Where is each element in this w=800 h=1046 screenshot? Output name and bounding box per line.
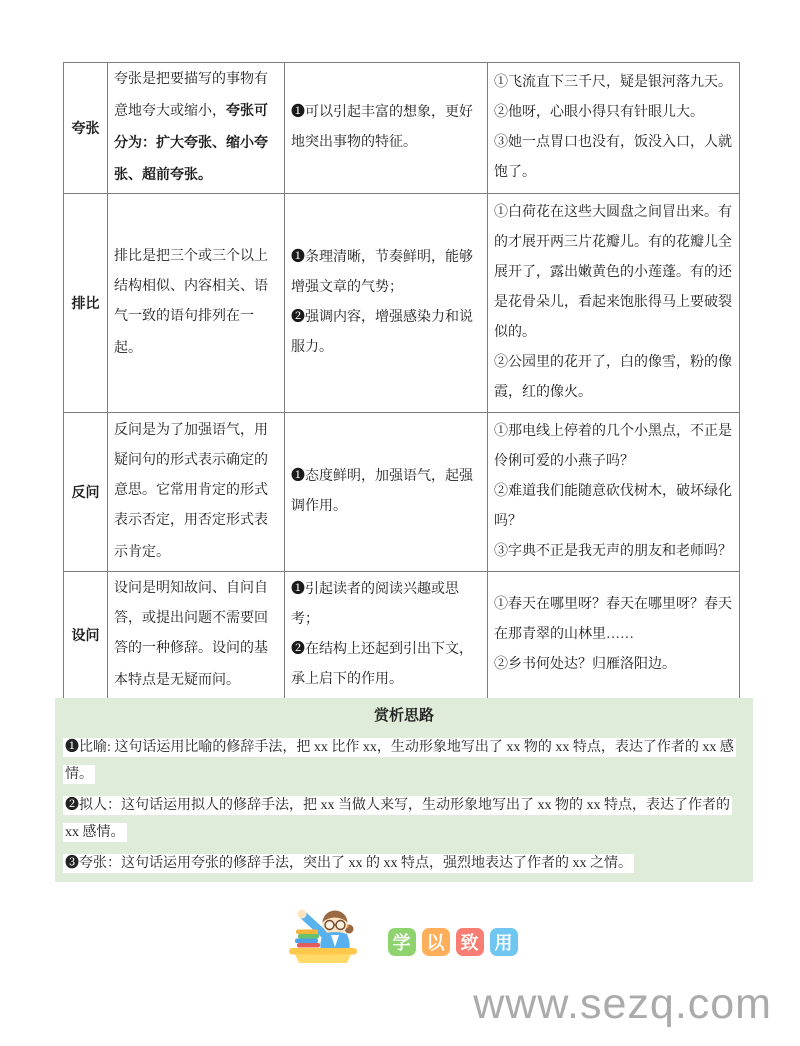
analysis-items: ❶比喻: 这句话运用比喻的修辞手法，把 xx 比作 xx，生动形象地写出了 xx… [63, 734, 745, 882]
rhetoric-devices-table: 夸张 夸张是把要描写的事物有意地夸大或缩小，夸张可分为：扩大夸张、缩小夸张、超前… [63, 62, 740, 699]
term-fanwen: 反问 [64, 413, 108, 572]
effects-kuazhang: ❶可以引起丰富的想象，更好地突出事物的特征。 [285, 63, 488, 194]
student-studying-icon [283, 903, 381, 965]
analysis-item: ❷拟人：这句话运用拟人的修辞手法，把 xx 当做人来写，生动形象地写出了 xx … [63, 792, 745, 846]
effects-shewen: ❶引起读者的阅读兴趣或思考；❷在结构上还起到引出下文，承上启下的作用。 [285, 572, 488, 699]
definition-text: 反问是为了加强语气，用疑问句的形式表示确定的意思。它常用肯定的形式表示否定，用否… [114, 423, 268, 560]
example-item: ③字典不正是我无声的朋友和老师吗？ [494, 537, 733, 567]
term-kuazhang: 夸张 [64, 63, 108, 194]
examples-kuazhang: ①飞流直下三千尺，疑是银河落九天。②他呀，心眼小得只有针眼儿大。③她一点胃口也没… [488, 63, 740, 194]
examples-shewen: ①春天在哪里呀？春天在哪里呀？春天在那青翠的山林里……②乡书何处达？归雁洛阳边。 [488, 572, 740, 699]
table-row-kuazhang: 夸张 夸张是把要描写的事物有意地夸大或缩小，夸张可分为：扩大夸张、缩小夸张、超前… [64, 63, 740, 194]
logo-tile-yi: 以 [422, 928, 450, 956]
definition-fanwen: 反问是为了加强语气，用疑问句的形式表示确定的意思。它常用肯定的形式表示否定，用否… [108, 413, 285, 572]
example-item: ①那电线上停着的几个小黑点，不正是伶俐可爱的小燕子吗？ [494, 417, 733, 477]
analysis-panel: 赏析思路 ❶比喻: 这句话运用比喻的修辞手法，把 xx 比作 xx，生动形象地写… [55, 698, 753, 882]
effect-item: ❶条理清晰，节奏鲜明，能够增强文章的气势； [291, 243, 481, 303]
example-item: ②他呀，心眼小得只有针眼儿大。 [494, 98, 733, 128]
example-item: ①白荷花在这些大圆盘之间冒出来。有的才展开两三片花瓣儿。有的花瓣儿全展开了，露出… [494, 198, 733, 348]
definition-shewen: 设问是明知故问、自问自答，或提出问题不需要回答的一种修辞。设问的基本特点是无疑而… [108, 572, 285, 699]
logo-tile-zhi: 致 [456, 928, 484, 956]
example-item: ③她一点胃口也没有，饭没入口，人就饱了。 [494, 128, 733, 188]
effect-item: ❶态度鲜明，加强语气，起强调作用。 [291, 462, 481, 522]
watermark: www.sezq.com [473, 980, 772, 1029]
example-item: ①飞流直下三千尺，疑是银河落九天。 [494, 68, 733, 98]
effect-item: ❷强调内容，增强感染力和说服力。 [291, 303, 481, 363]
effect-item: ❶引起读者的阅读兴趣或思考； [291, 575, 481, 635]
example-item: ②乡书何处达？归雁洛阳边。 [494, 650, 733, 680]
effect-item: ❷在结构上还起到引出下文，承上启下的作用。 [291, 635, 481, 695]
document-page: 夸张 夸张是把要描写的事物有意地夸大或缩小，夸张可分为：扩大夸张、缩小夸张、超前… [0, 0, 800, 1046]
term-shewen: 设问 [64, 572, 108, 699]
analysis-item: ❶比喻: 这句话运用比喻的修辞手法，把 xx 比作 xx，生动形象地写出了 xx… [63, 734, 745, 788]
analysis-item: ❸夸张：这句话运用夸张的修辞手法，突出了 xx 的 xx 特点，强烈地表达了作者… [63, 850, 745, 877]
analysis-item: ❹排比：这句话运用排比的修辞手法，强调了 xx 物的 xx 特点，增强了文章的语… [63, 881, 745, 882]
term-paibi: 排比 [64, 194, 108, 413]
logo-tiles: 学 以 致 用 [388, 928, 518, 956]
analysis-title: 赏析思路 [63, 705, 745, 727]
table-row-paibi: 排比 排比是把三个或三个以上结构相似、内容相关、语气一致的语句排列在一起。 ❶条… [64, 194, 740, 413]
effects-paibi: ❶条理清晰，节奏鲜明，能够增强文章的气势；❷强调内容，增强感染力和说服力。 [285, 194, 488, 413]
example-item: ②公园里的花开了，白的像雪，粉的像霞，红的像火。 [494, 348, 733, 408]
examples-fanwen: ①那电线上停着的几个小黑点，不正是伶俐可爱的小燕子吗？②难道我们能随意砍伐树木，… [488, 413, 740, 572]
effects-fanwen: ❶态度鲜明，加强语气，起强调作用。 [285, 413, 488, 572]
effect-item: ❶可以引起丰富的想象，更好地突出事物的特征。 [291, 98, 481, 158]
examples-paibi: ①白荷花在这些大圆盘之间冒出来。有的才展开两三片花瓣儿。有的花瓣儿全展开了，露出… [488, 194, 740, 413]
definition-text: 设问是明知故问、自问自答，或提出问题不需要回答的一种修辞。设问的基本特点是无疑而… [114, 581, 268, 688]
definition-text: 排比是把三个或三个以上结构相似、内容相关、语气一致的语句排列在一起。 [114, 249, 268, 356]
definition-kuazhang: 夸张是把要描写的事物有意地夸大或缩小，夸张可分为：扩大夸张、缩小夸张、超前夸张。 [108, 63, 285, 194]
example-item: ②难道我们能随意砍伐树木，破坏绿化吗？ [494, 477, 733, 537]
logo-tile-xue: 学 [388, 928, 416, 956]
logo-tile-yong: 用 [490, 928, 518, 956]
table-row-fanwen: 反问 反问是为了加强语气，用疑问句的形式表示确定的意思。它常用肯定的形式表示否定… [64, 413, 740, 572]
table-row-shewen: 设问 设问是明知故问、自问自答，或提出问题不需要回答的一种修辞。设问的基本特点是… [64, 572, 740, 699]
definition-paibi: 排比是把三个或三个以上结构相似、内容相关、语气一致的语句排列在一起。 [108, 194, 285, 413]
example-item: ①春天在哪里呀？春天在哪里呀？春天在那青翠的山林里…… [494, 590, 733, 650]
brand-logo: 学 以 致 用 [0, 903, 800, 965]
